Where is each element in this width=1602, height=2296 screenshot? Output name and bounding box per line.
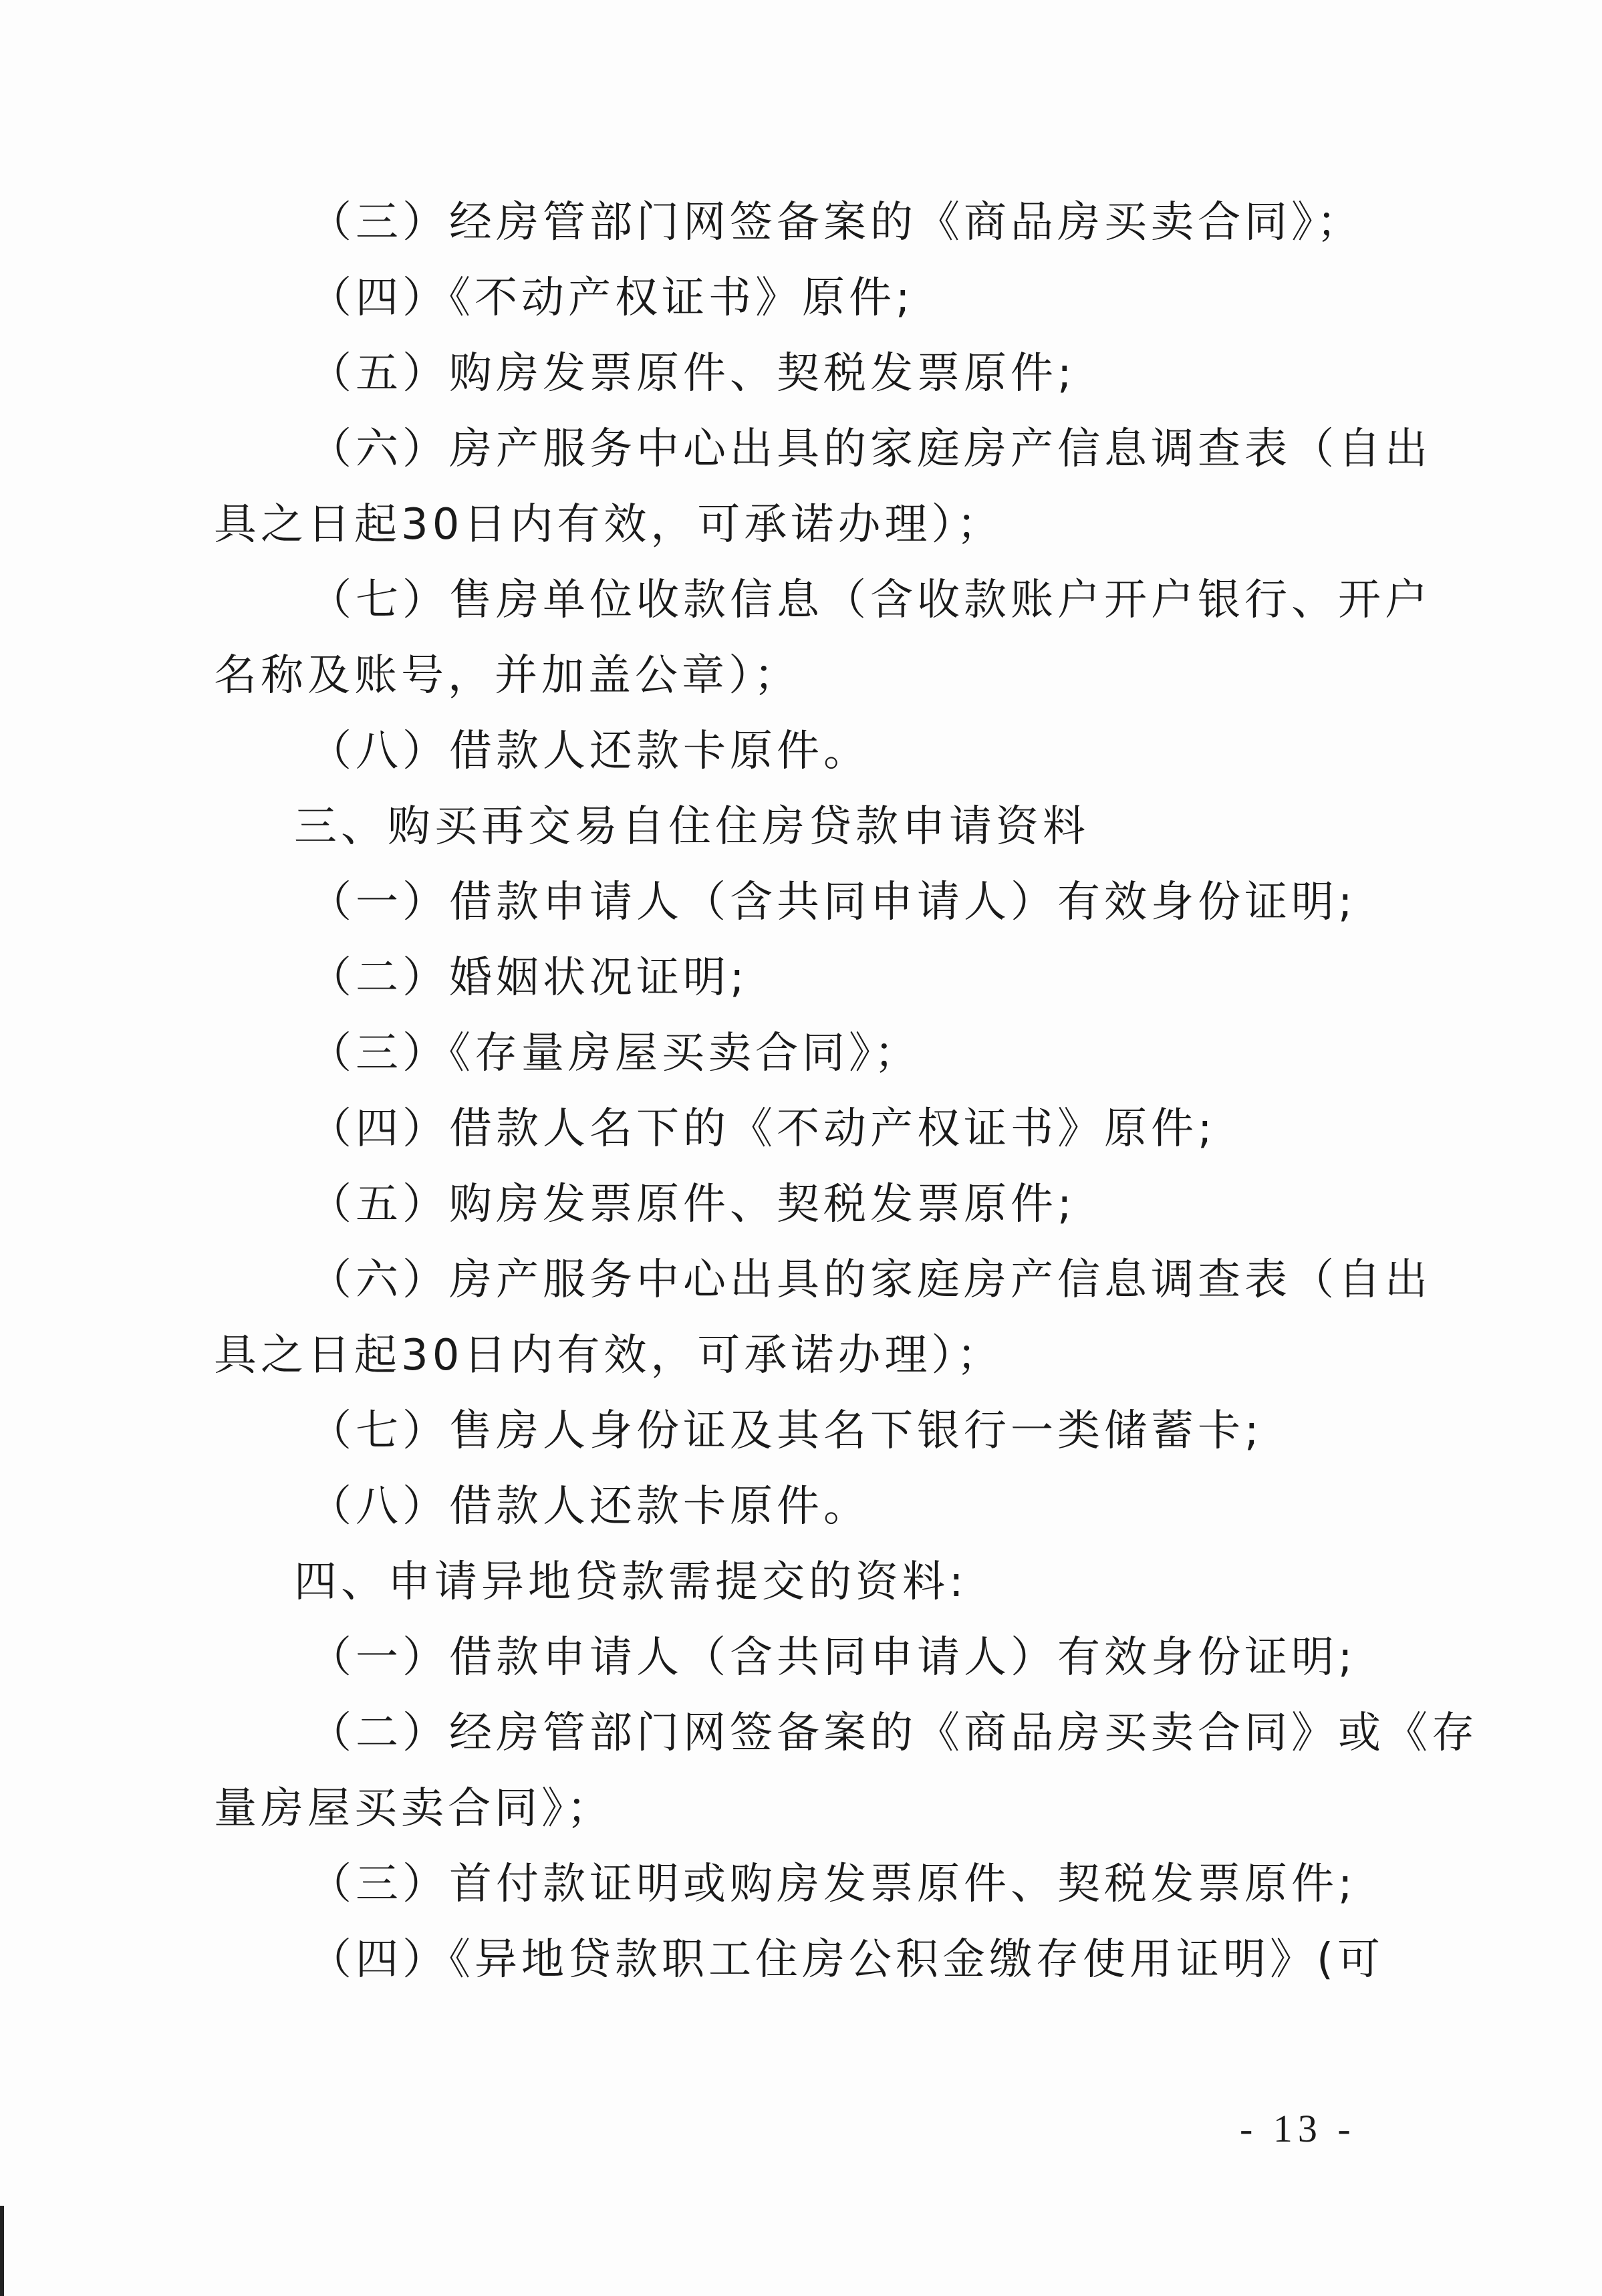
text-line: 具之日起30日内有效，可承诺办理）； [214, 1329, 1370, 1382]
text-line: （一）借款申请人（含共同申请人）有效身份证明; [309, 1631, 1465, 1684]
text-line: （七）售房单位收款信息（含收款账户开户银行、开户 [309, 573, 1465, 627]
text-line: （三）《存量房屋买卖合同》； [309, 1027, 1465, 1080]
text-line: 量房屋买卖合同》； [214, 1782, 1370, 1835]
text-line: （六）房产服务中心出具的家庭房产信息调查表（自出 [309, 1253, 1465, 1307]
section-heading: 四、申请异地贷款需提交的资料: [294, 1555, 1450, 1609]
text-line: （八）借款人还款卡原件。 [309, 1480, 1465, 1533]
text-line: 名称及账号，并加盖公章）； [214, 649, 1370, 703]
text-line: （六）房产服务中心出具的家庭房产信息调查表（自出 [309, 422, 1465, 476]
scan-edge-mark [0, 2206, 4, 2296]
text-line: （四）《不动产权证书》原件; [309, 271, 1465, 325]
text-line: （二）婚姻状况证明; [309, 951, 1465, 1005]
text-line: （三）经房管部门网签备案的《商品房买卖合同》； [309, 196, 1465, 249]
text-line: 具之日起30日内有效，可承诺办理）； [214, 498, 1370, 551]
text-line: （五）购房发票原件、契税发票原件; [309, 1178, 1465, 1231]
text-line: （二）经房管部门网签备案的《商品房买卖合同》或《存 [309, 1706, 1465, 1760]
text-line: （三）首付款证明或购房发票原件、契税发票原件; [309, 1858, 1465, 1911]
page-number: - 13 - [1240, 2106, 1356, 2152]
document-page: （三）经房管部门网签备案的《商品房买卖合同》； （四）《不动产权证书》原件; （… [0, 0, 1602, 2296]
text-line: （一）借款申请人（含共同申请人）有效身份证明; [309, 876, 1465, 929]
text-line: （七）售房人身份证及其名下银行一类储蓄卡; [309, 1404, 1465, 1458]
text-line: （五）购房发票原件、契税发票原件; [309, 347, 1465, 400]
section-heading: 三、购买再交易自住住房贷款申请资料 [294, 800, 1450, 854]
text-line: （四）借款人名下的《不动产权证书》原件; [309, 1102, 1465, 1156]
text-line: （八）借款人还款卡原件。 [309, 725, 1465, 778]
text-line: （四）《异地贷款职工住房公积金缴存使用证明》(可 [309, 1933, 1465, 1987]
